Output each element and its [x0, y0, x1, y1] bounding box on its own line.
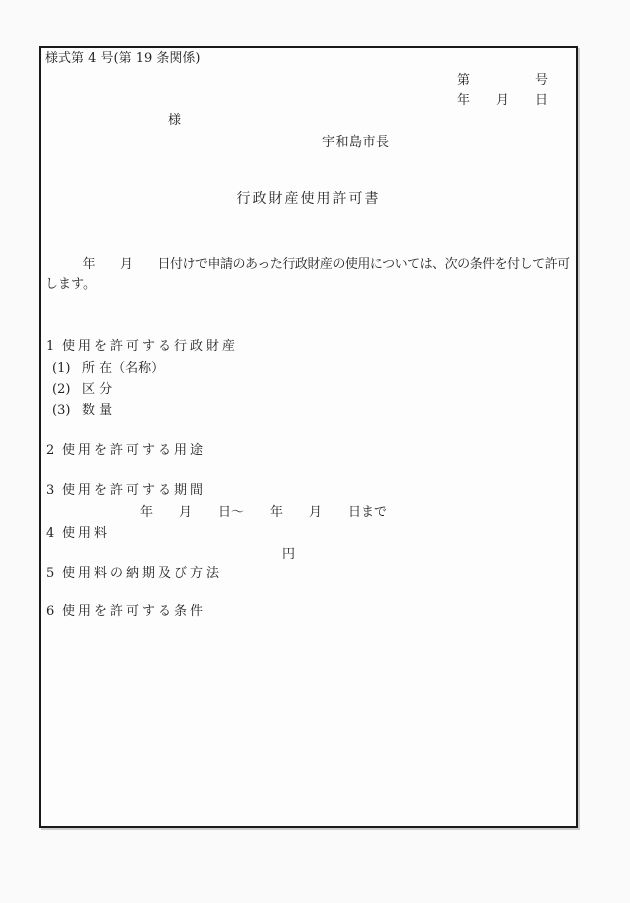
- issuer-name: 宇和島市長: [322, 135, 390, 150]
- item-2-number: 2: [46, 443, 62, 458]
- item-4-label: 使用料: [62, 526, 110, 541]
- item-3: 3使用を許可する期間: [46, 483, 206, 498]
- form-number: 様式第 4 号(第 19 条関係): [45, 51, 201, 66]
- item-2: 2使用を許可する用途: [46, 443, 206, 458]
- item-1-sub-1: (1)所 在（名称）: [52, 361, 164, 376]
- body-paragraph-line-2: します。: [45, 277, 96, 292]
- item-1: 1使用を許可する行政財産: [46, 339, 238, 354]
- item-3-label: 使用を許可する期間: [62, 483, 206, 498]
- item-1-sub-2-label: 区 分: [82, 382, 112, 397]
- doc-number-line: 第 号: [457, 73, 548, 88]
- item-1-label: 使用を許可する行政財産: [62, 339, 238, 354]
- item-3-period-line: 年 月 日～ 年 月 日まで: [140, 505, 387, 520]
- item-1-sub-3-number: (3): [52, 403, 82, 418]
- recipient-suffix: 様: [168, 113, 181, 128]
- item-4-number: 4: [46, 526, 62, 541]
- item-1-sub-3: (3)数 量: [52, 403, 112, 418]
- item-3-number: 3: [46, 483, 62, 498]
- item-5-label: 使用料の納期及び方法: [62, 566, 222, 581]
- item-6-number: 6: [46, 604, 62, 619]
- date-line: 年 月 日: [457, 93, 548, 108]
- document-border: 様式第 4 号(第 19 条関係) 第 号 年 月 日 様 宇和島市長 行政財産…: [39, 46, 578, 828]
- item-1-sub-1-number: (1): [52, 361, 82, 376]
- item-1-sub-3-label: 数 量: [82, 403, 112, 418]
- item-1-number: 1: [46, 339, 62, 354]
- item-5: 5使用料の納期及び方法: [46, 566, 222, 581]
- item-1-sub-2-number: (2): [52, 382, 82, 397]
- document-title: 行政財産使用許可書: [41, 192, 576, 207]
- document-page: { "document": { "form_number": "様式第 4 号(…: [0, 0, 630, 903]
- item-1-sub-1-label: 所 在（名称）: [82, 361, 164, 376]
- body-paragraph-line-1: 年 月 日付けで申請のあった行政財産の使用については、次の条件を付して許可: [45, 257, 570, 272]
- item-1-sub-2: (2)区 分: [52, 382, 112, 397]
- item-4-amount-unit: 円: [282, 547, 295, 562]
- item-2-label: 使用を許可する用途: [62, 443, 206, 458]
- item-4: 4使用料: [46, 526, 110, 541]
- item-5-number: 5: [46, 566, 62, 581]
- item-6: 6使用を許可する条件: [46, 604, 206, 619]
- item-6-label: 使用を許可する条件: [62, 604, 206, 619]
